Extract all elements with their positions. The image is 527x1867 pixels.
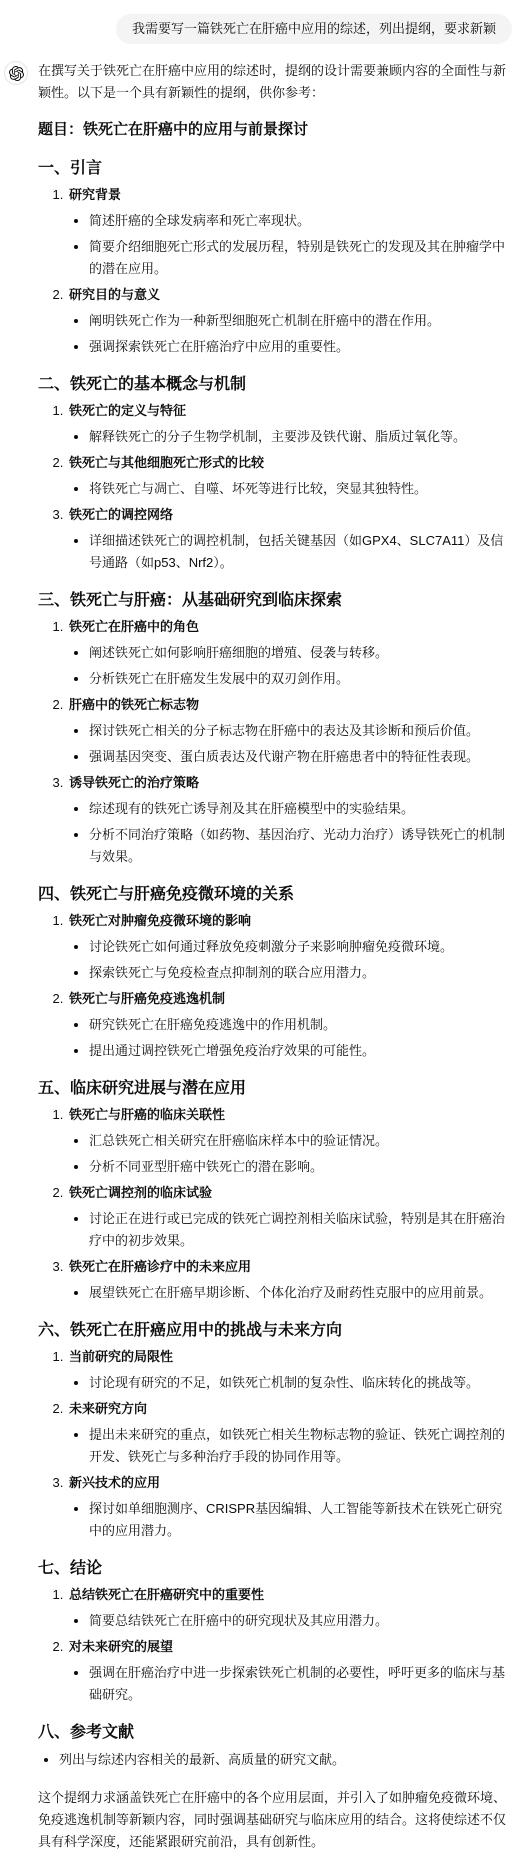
assistant-avatar xyxy=(4,61,28,85)
outline-title: 题目：铁死亡在肝癌中的应用与前景探讨 xyxy=(38,118,512,142)
section-numbered-list: 铁死亡与肝癌的临床关联性汇总铁死亡相关研究在肝癌临床样本中的验证情况。分析不同亚… xyxy=(38,1104,512,1304)
outline-item-title: 铁死亡对肿瘤免疫微环境的影响 xyxy=(69,913,251,928)
section-heading: 四、铁死亡与肝癌免疫微环境的关系 xyxy=(38,883,512,907)
outline-item: 铁死亡的调控网络详细描述铁死亡的调控机制，包括关键基因（如GPX4、SLC7A1… xyxy=(67,504,512,574)
outline-item: 铁死亡的定义与特征解释铁死亡的分子生物学机制，主要涉及铁代谢、脂质过氧化等。 xyxy=(67,400,512,448)
outline-bullet-list: 展望铁死亡在肝癌早期诊断、个体化治疗及耐药性克服中的应用前景。 xyxy=(69,1282,512,1304)
section-heading: 五、临床研究进展与潜在应用 xyxy=(38,1077,512,1101)
openai-logo-icon xyxy=(9,66,24,81)
outline-bullet: 强调在肝癌治疗中进一步探索铁死亡机制的必要性，呼吁更多的临床与基础研究。 xyxy=(89,1662,512,1706)
outline-bullet: 讨论现有研究的不足，如铁死亡机制的复杂性、临床转化的挑战等。 xyxy=(89,1372,512,1394)
outline-bullet-list: 阐明铁死亡作为一种新型细胞死亡机制在肝癌中的潜在作用。强调探索铁死亡在肝癌治疗中… xyxy=(69,310,512,358)
outline-bullet-list: 讨论正在进行或已完成的铁死亡调控剂相关临床试验，特别是其在肝癌治疗中的初步效果。 xyxy=(69,1208,512,1252)
outline-item-title: 铁死亡在肝癌中的角色 xyxy=(69,619,199,634)
outline-item-title: 铁死亡在肝癌诊疗中的未来应用 xyxy=(69,1259,251,1274)
outline-bullet: 提出未来研究的重点，如铁死亡相关生物标志物的验证、铁死亡调控剂的开发、铁死亡与多… xyxy=(89,1424,512,1468)
outline-item-title: 铁死亡与肝癌的临床关联性 xyxy=(69,1107,225,1122)
outline-item-title: 研究背景 xyxy=(69,187,121,202)
outline-bullet-list: 探讨铁死亡相关的分子标志物在肝癌中的表达及其诊断和预后价值。强调基因突变、蛋白质… xyxy=(69,720,512,768)
outline-bullet-list: 解释铁死亡的分子生物学机制，主要涉及铁代谢、脂质过氧化等。 xyxy=(69,426,512,448)
outline-item: 当前研究的局限性讨论现有研究的不足，如铁死亡机制的复杂性、临床转化的挑战等。 xyxy=(67,1346,512,1394)
outline-bullet: 提出通过调控铁死亡增强免疫治疗效果的可能性。 xyxy=(89,1040,512,1062)
outline-item: 铁死亡在肝癌中的角色阐述铁死亡如何影响肝癌细胞的增殖、侵袭与转移。分析铁死亡在肝… xyxy=(67,616,512,690)
outline-item-title: 铁死亡调控剂的临床试验 xyxy=(69,1185,212,1200)
outline-item: 对未来研究的展望强调在肝癌治疗中进一步探索铁死亡机制的必要性，呼吁更多的临床与基… xyxy=(67,1636,512,1706)
outline-item-title: 肝癌中的铁死亡标志物 xyxy=(69,697,199,712)
outline-bullet-list: 提出未来研究的重点，如铁死亡相关生物标志物的验证、铁死亡调控剂的开发、铁死亡与多… xyxy=(69,1424,512,1468)
outline-sections: 一、引言研究背景简述肝癌的全球发病率和死亡率现状。简要介绍细胞死亡形式的发展历程… xyxy=(38,157,512,1771)
outline-bullet-list: 强调在肝癌治疗中进一步探索铁死亡机制的必要性，呼吁更多的临床与基础研究。 xyxy=(69,1662,512,1706)
user-message-row: 我需要写一篇铁死亡在肝癌中应用的综述，列出提纲，要求新颖 xyxy=(0,0,527,44)
outline-bullet-list: 将铁死亡与凋亡、自噬、坏死等进行比较，突显其独特性。 xyxy=(69,478,512,500)
outline-item: 研究背景简述肝癌的全球发病率和死亡率现状。简要介绍细胞死亡形式的发展历程，特别是… xyxy=(67,184,512,280)
outline-bullet: 综述现有的铁死亡诱导剂及其在肝癌模型中的实验结果。 xyxy=(89,798,512,820)
outline-bullet: 简述肝癌的全球发病率和死亡率现状。 xyxy=(89,210,512,232)
outline-item-title: 当前研究的局限性 xyxy=(69,1349,173,1364)
section-heading: 七、结论 xyxy=(38,1557,512,1581)
outline-item: 铁死亡对肿瘤免疫微环境的影响讨论铁死亡如何通过释放免疫刺激分子来影响肿瘤免疫微环… xyxy=(67,910,512,984)
outline-bullet-list: 简述肝癌的全球发病率和死亡率现状。简要介绍细胞死亡形式的发展历程，特别是铁死亡的… xyxy=(69,210,512,280)
outline-bullet-list: 简要总结铁死亡在肝癌中的研究现状及其应用潜力。 xyxy=(69,1610,512,1632)
outline-item-title: 铁死亡的定义与特征 xyxy=(69,403,186,418)
outline-bullet-list: 阐述铁死亡如何影响肝癌细胞的增殖、侵袭与转移。分析铁死亡在肝癌发生发展中的双刃剑… xyxy=(69,642,512,690)
outline-item: 铁死亡与其他细胞死亡形式的比较将铁死亡与凋亡、自噬、坏死等进行比较，突显其独特性… xyxy=(67,452,512,500)
outline-bullet: 探讨如单细胞测序、CRISPR基因编辑、人工智能等新技术在铁死亡研究中的应用潜力… xyxy=(89,1498,512,1542)
outline-bullet: 详细描述铁死亡的调控机制，包括关键基因（如GPX4、SLC7A11）及信号通路（… xyxy=(89,530,512,574)
outline-item: 新兴技术的应用探讨如单细胞测序、CRISPR基因编辑、人工智能等新技术在铁死亡研… xyxy=(67,1472,512,1542)
outline-item: 未来研究方向提出未来研究的重点，如铁死亡相关生物标志物的验证、铁死亡调控剂的开发… xyxy=(67,1398,512,1468)
outline-item-title: 研究目的与意义 xyxy=(69,287,160,302)
outline-bullet: 阐述铁死亡如何影响肝癌细胞的增殖、侵袭与转移。 xyxy=(89,642,512,664)
outline-bullet: 讨论铁死亡如何通过释放免疫刺激分子来影响肿瘤免疫微环境。 xyxy=(89,936,512,958)
outline-item-title: 新兴技术的应用 xyxy=(69,1475,160,1490)
outline-item-title: 铁死亡与肝癌免疫逃逸机制 xyxy=(69,991,225,1006)
outline-item: 铁死亡与肝癌的临床关联性汇总铁死亡相关研究在肝癌临床样本中的验证情况。分析不同亚… xyxy=(67,1104,512,1178)
outline-item: 诱导铁死亡的治疗策略综述现有的铁死亡诱导剂及其在肝癌模型中的实验结果。分析不同治… xyxy=(67,772,512,868)
outline-item: 肝癌中的铁死亡标志物探讨铁死亡相关的分子标志物在肝癌中的表达及其诊断和预后价值。… xyxy=(67,694,512,768)
outline-bullet: 探讨铁死亡相关的分子标志物在肝癌中的表达及其诊断和预后价值。 xyxy=(89,720,512,742)
section-bullet-list: 列出与综述内容相关的最新、高质量的研究文献。 xyxy=(38,1749,512,1771)
outline-item: 研究目的与意义阐明铁死亡作为一种新型细胞死亡机制在肝癌中的潜在作用。强调探索铁死… xyxy=(67,284,512,358)
outline-bullet: 将铁死亡与凋亡、自噬、坏死等进行比较，突显其独特性。 xyxy=(89,478,512,500)
outline-bullet-list: 讨论铁死亡如何通过释放免疫刺激分子来影响肿瘤免疫微环境。探索铁死亡与免疫检查点抑… xyxy=(69,936,512,984)
outline-bullet: 分析不同亚型肝癌中铁死亡的潜在影响。 xyxy=(89,1156,512,1178)
section-numbered-list: 当前研究的局限性讨论现有研究的不足，如铁死亡机制的复杂性、临床转化的挑战等。未来… xyxy=(38,1346,512,1542)
outline-item-title: 总结铁死亡在肝癌研究中的重要性 xyxy=(69,1587,264,1602)
section-heading: 八、参考文献 xyxy=(38,1721,512,1745)
outline-item-title: 未来研究方向 xyxy=(69,1401,147,1416)
section-numbered-list: 总结铁死亡在肝癌研究中的重要性简要总结铁死亡在肝癌中的研究现状及其应用潜力。对未… xyxy=(38,1584,512,1706)
outline-bullet-list: 汇总铁死亡相关研究在肝癌临床样本中的验证情况。分析不同亚型肝癌中铁死亡的潜在影响… xyxy=(69,1130,512,1178)
section-numbered-list: 铁死亡对肿瘤免疫微环境的影响讨论铁死亡如何通过释放免疫刺激分子来影响肿瘤免疫微环… xyxy=(38,910,512,1062)
outline-bullet-list: 探讨如单细胞测序、CRISPR基因编辑、人工智能等新技术在铁死亡研究中的应用潜力… xyxy=(69,1498,512,1542)
outline-bullet-list: 综述现有的铁死亡诱导剂及其在肝癌模型中的实验结果。分析不同治疗策略（如药物、基因… xyxy=(69,798,512,868)
user-message-bubble: 我需要写一篇铁死亡在肝癌中应用的综述，列出提纲，要求新颖 xyxy=(116,14,512,44)
outline-item: 铁死亡与肝癌免疫逃逸机制研究铁死亡在肝癌免疫逃逸中的作用机制。提出通过调控铁死亡… xyxy=(67,988,512,1062)
section-numbered-list: 铁死亡在肝癌中的角色阐述铁死亡如何影响肝癌细胞的增殖、侵袭与转移。分析铁死亡在肝… xyxy=(38,616,512,868)
outline-bullet: 解释铁死亡的分子生物学机制，主要涉及铁代谢、脂质过氧化等。 xyxy=(89,426,512,448)
outline-bullet: 简要介绍细胞死亡形式的发展历程，特别是铁死亡的发现及其在肿瘤学中的潜在应用。 xyxy=(89,236,512,280)
assistant-outro-paragraph: 这个提纲力求涵盖铁死亡在肝癌中的各个应用层面，并引入了如肿瘤免疫微环境、免疫逃逸… xyxy=(38,1787,512,1853)
outline-bullet-list: 讨论现有研究的不足，如铁死亡机制的复杂性、临床转化的挑战等。 xyxy=(69,1372,512,1394)
outline-bullet: 研究铁死亡在肝癌免疫逃逸中的作用机制。 xyxy=(89,1014,512,1036)
outline-bullet-list: 研究铁死亡在肝癌免疫逃逸中的作用机制。提出通过调控铁死亡增强免疫治疗效果的可能性… xyxy=(69,1014,512,1062)
outline-bullet: 汇总铁死亡相关研究在肝癌临床样本中的验证情况。 xyxy=(89,1130,512,1152)
section-heading: 六、铁死亡在肝癌应用中的挑战与未来方向 xyxy=(38,1319,512,1343)
outline-item: 铁死亡调控剂的临床试验讨论正在进行或已完成的铁死亡调控剂相关临床试验，特别是其在… xyxy=(67,1182,512,1252)
outline-item-title: 对未来研究的展望 xyxy=(69,1639,173,1654)
outline-bullet: 阐明铁死亡作为一种新型细胞死亡机制在肝癌中的潜在作用。 xyxy=(89,310,512,332)
outline-bullet: 强调探索铁死亡在肝癌治疗中应用的重要性。 xyxy=(89,336,512,358)
outline-item-title: 铁死亡与其他细胞死亡形式的比较 xyxy=(69,455,264,470)
assistant-message-content: 在撰写关于铁死亡在肝癌中应用的综述时，提纲的设计需要兼顾内容的全面性与新颖性。以… xyxy=(28,60,512,1867)
outline-item-title: 诱导铁死亡的治疗策略 xyxy=(69,775,199,790)
section-heading: 二、铁死亡的基本概念与机制 xyxy=(38,373,512,397)
section-numbered-list: 研究背景简述肝癌的全球发病率和死亡率现状。简要介绍细胞死亡形式的发展历程，特别是… xyxy=(38,184,512,358)
outline-bullet-list: 详细描述铁死亡的调控机制，包括关键基因（如GPX4、SLC7A11）及信号通路（… xyxy=(69,530,512,574)
outline-bullet: 分析不同治疗策略（如药物、基因治疗、光动力治疗）诱导铁死亡的机制与效果。 xyxy=(89,824,512,868)
outline-bullet: 强调基因突变、蛋白质表达及代谢产物在肝癌患者中的特征性表现。 xyxy=(89,746,512,768)
section-heading: 三、铁死亡与肝癌：从基础研究到临床探索 xyxy=(38,589,512,613)
outline-bullet: 探索铁死亡与免疫检查点抑制剂的联合应用潜力。 xyxy=(89,962,512,984)
assistant-intro-paragraph: 在撰写关于铁死亡在肝癌中应用的综述时，提纲的设计需要兼顾内容的全面性与新颖性。以… xyxy=(38,60,512,104)
section-numbered-list: 铁死亡的定义与特征解释铁死亡的分子生物学机制，主要涉及铁代谢、脂质过氧化等。铁死… xyxy=(38,400,512,574)
outline-item: 总结铁死亡在肝癌研究中的重要性简要总结铁死亡在肝癌中的研究现状及其应用潜力。 xyxy=(67,1584,512,1632)
section-heading: 一、引言 xyxy=(38,157,512,181)
assistant-message-row: 在撰写关于铁死亡在肝癌中应用的综述时，提纲的设计需要兼顾内容的全面性与新颖性。以… xyxy=(0,44,527,1867)
section-bullet: 列出与综述内容相关的最新、高质量的研究文献。 xyxy=(59,1749,512,1771)
outline-bullet: 分析铁死亡在肝癌发生发展中的双刃剑作用。 xyxy=(89,668,512,690)
outline-item: 铁死亡在肝癌诊疗中的未来应用展望铁死亡在肝癌早期诊断、个体化治疗及耐药性克服中的… xyxy=(67,1256,512,1304)
outline-bullet: 简要总结铁死亡在肝癌中的研究现状及其应用潜力。 xyxy=(89,1610,512,1632)
outline-bullet: 讨论正在进行或已完成的铁死亡调控剂相关临床试验，特别是其在肝癌治疗中的初步效果。 xyxy=(89,1208,512,1252)
outline-item-title: 铁死亡的调控网络 xyxy=(69,507,173,522)
outline-bullet: 展望铁死亡在肝癌早期诊断、个体化治疗及耐药性克服中的应用前景。 xyxy=(89,1282,512,1304)
